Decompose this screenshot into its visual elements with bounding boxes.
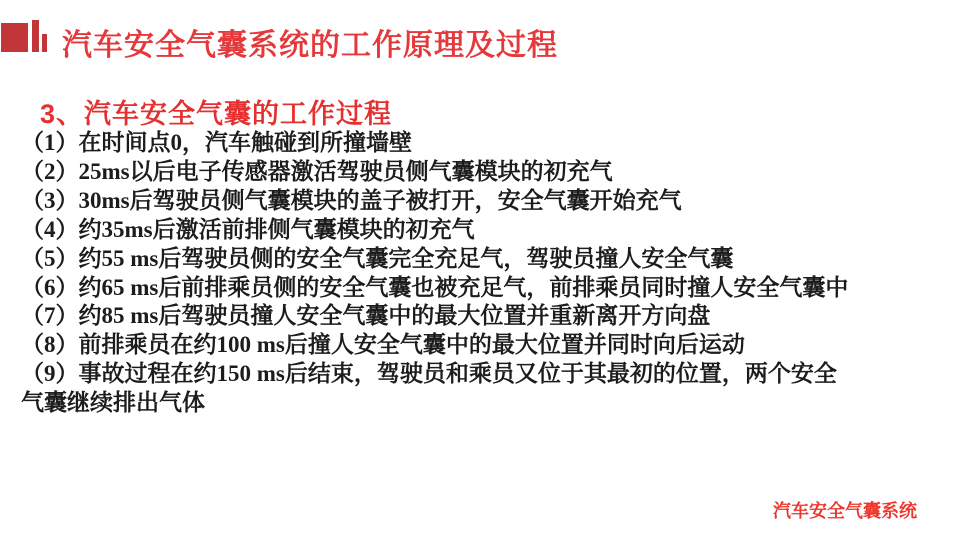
body-line-3: （3）30ms后驾驶员侧气囊模块的盖子被打开，安全气囊开始充气 bbox=[21, 187, 936, 216]
body-line-5: （5）约55 ms后驾驶员侧的安全气囊完全充足气，驾驶员撞人安全气囊 bbox=[21, 245, 936, 274]
body-line-6: （6）约65 ms后前排乘员侧的安全气囊也被充足气，前排乘员同时撞人安全气囊中 bbox=[21, 274, 936, 303]
body-line-1: （1）在时间点0，汽车触碰到所撞墙壁 bbox=[21, 129, 936, 158]
slide-title: 汽车安全气囊系统的工作原理及过程 bbox=[62, 20, 558, 64]
header-accent-tall-bar-icon bbox=[32, 20, 39, 52]
header-accent-square-icon bbox=[1, 23, 28, 52]
footer-label: 汽车安全气囊系统 bbox=[773, 497, 917, 523]
body-line-9: （9）事故过程在约150 ms后结束，驾驶员和乘员又位于其最初的位置，两个安全 bbox=[21, 360, 936, 389]
section-heading: 3、汽车安全气囊的工作过程 bbox=[40, 92, 392, 131]
presentation-slide: 汽车安全气囊系统的工作原理及过程 3、汽车安全气囊的工作过程 （1）在时间点0，… bbox=[0, 0, 956, 538]
header-accent-short-bar-icon bbox=[42, 34, 47, 52]
body-line-4: （4）约35ms后激活前排侧气囊模块的初充气 bbox=[21, 216, 936, 245]
body-text-block: （1）在时间点0，汽车触碰到所撞墙壁 （2）25ms以后电子传感器激活驾驶员侧气… bbox=[21, 129, 936, 418]
body-line-8: （8）前排乘员在约100 ms后撞人安全气囊中的最大位置并同时向后运动 bbox=[21, 331, 936, 360]
body-line-9-wrap: 气囊继续排出气体 bbox=[21, 389, 936, 418]
body-line-7: （7）约85 ms后驾驶员撞人安全气囊中的最大位置并重新离开方向盘 bbox=[21, 302, 936, 331]
body-line-2: （2）25ms以后电子传感器激活驾驶员侧气囊模块的初充气 bbox=[21, 158, 936, 187]
